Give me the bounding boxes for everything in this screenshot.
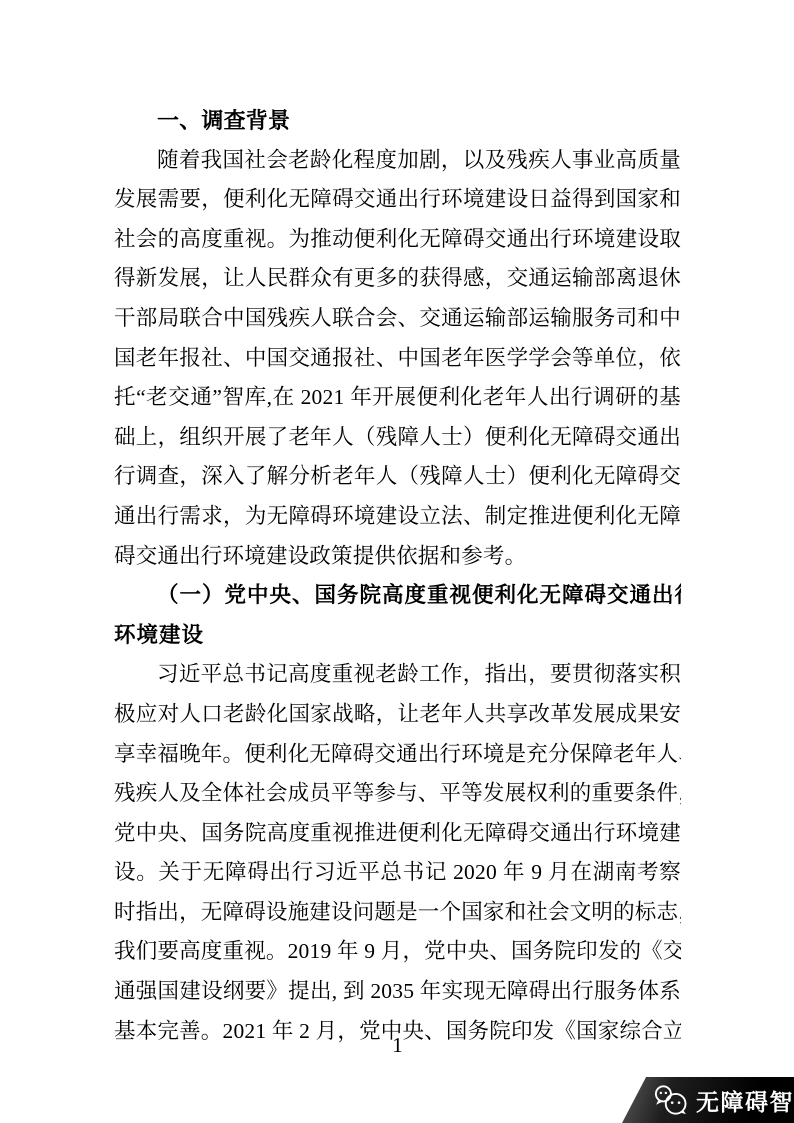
text-line: 极应对人口老龄化国家战略，让老年人共享改革发展成果安 — [114, 695, 681, 735]
chat-bubbles-icon — [652, 1084, 688, 1116]
text-line: 我们要高度重视。2019 年 9 月，党中央、国务院印发的《交 — [114, 932, 681, 972]
text-line: 习近平总书记高度重视老龄工作，指出，要贯彻落实积 — [114, 655, 681, 695]
text-line: 发展需要，便利化无障碍交通出行环境建设日益得到国家和 — [114, 180, 681, 220]
text-line: 托“老交通”智库,在 2021 年开展便利化老年人出行调研的基 — [114, 378, 681, 418]
subsection-heading: 环境建设 — [114, 616, 681, 656]
watermark-badge: 无障碍智库 — [622, 1077, 794, 1123]
text-line: 得新发展，让人民群众有更多的获得感，交通运输部离退休 — [114, 259, 681, 299]
text-line: 干部局联合中国残疾人联合会、交通运输部运输服务司和中 — [114, 299, 681, 339]
text-line: 通出行需求，为无障碍环境建设立法、制定推进便利化无障 — [114, 497, 681, 537]
watermark-name: 无障碍智库 — [696, 1084, 794, 1117]
text-line: 时指出，无障碍设施建设问题是一个国家和社会文明的标志， — [114, 893, 681, 933]
text-line: 础上，组织开展了老年人（残障人士）便利化无障碍交通出 — [114, 418, 681, 458]
document-body: 一、调查背景 随着我国社会老龄化程度加剧，以及残疾人事业高质量 发展需要，便利化… — [114, 101, 681, 1051]
text-line: 设。关于无障碍出行习近平总书记 2020 年 9 月在湖南考察 — [114, 853, 681, 893]
page-number: 1 — [114, 1031, 681, 1059]
text-line: 国老年报社、中国交通报社、中国老年医学学会等单位，依 — [114, 339, 681, 379]
text-line: 随着我国社会老龄化程度加剧，以及残疾人事业高质量 — [114, 141, 681, 181]
text-line: 碍交通出行环境建设政策提供依据和参考。 — [114, 537, 681, 577]
text-line: 行调查，深入了解分析老年人（残障人士）便利化无障碍交 — [114, 457, 681, 497]
text-line: 党中央、国务院高度重视推进便利化无障碍交通出行环境建 — [114, 814, 681, 854]
document-page: 一、调查背景 随着我国社会老龄化程度加剧，以及残疾人事业高质量 发展需要，便利化… — [0, 0, 794, 1123]
text-line: 社会的高度重视。为推动便利化无障碍交通出行环境建设取 — [114, 220, 681, 260]
section-heading: 一、调查背景 — [114, 101, 681, 141]
text-line: 享幸福晚年。便利化无障碍交通出行环境是充分保障老年人、 — [114, 735, 681, 775]
text-line: 残疾人及全体社会成员平等参与、平等发展权利的重要条件， — [114, 774, 681, 814]
text-line: 通强国建设纲要》提出, 到 2035 年实现无障碍出行服务体系 — [114, 972, 681, 1012]
subsection-heading: （一）党中央、国务院高度重视便利化无障碍交通出行 — [114, 576, 681, 616]
